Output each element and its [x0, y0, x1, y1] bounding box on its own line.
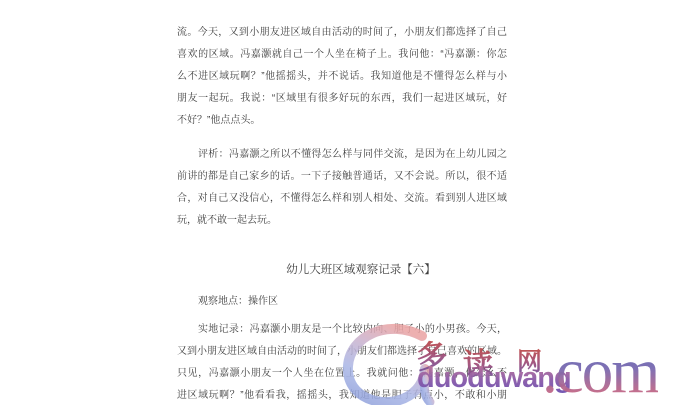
- text-line: 实地记录：冯嘉灏小朋友是一个比较内向、胆子小的小男孩。今天，: [177, 319, 507, 341]
- text-line: 么不进区域玩啊？”他摇摇头，并不说话。我知道他是不懂得怎么样与小: [177, 66, 507, 88]
- paragraph-comment: 评析：冯嘉灏之所以不懂得怎么样与同伴交流，是因为在上幼儿园之 前讲的都是自己家乡…: [177, 144, 507, 232]
- text-line: 合，对自己又没信心，不懂得怎么样和别人相处、交流。看到别人进区域: [177, 188, 507, 210]
- document-page: 流。今天，又到小朋友进区域自由活动的时间了，小朋友们都选择了自己 喜欢的区域。冯…: [0, 0, 676, 405]
- text-line: 喜欢的区域。冯嘉灏就自己一个人坐在椅子上。我问他：“冯嘉灏：你怎: [177, 44, 507, 66]
- text-line: 不好？”他点点头。: [177, 110, 507, 132]
- text-line: 玩，就不敢一起去玩。: [177, 210, 507, 232]
- paragraph-field-record: 实地记录：冯嘉灏小朋友是一个比较内向、胆子小的小男孩。今天， 又到小朋友进区域自…: [177, 319, 507, 405]
- document-text-layer: 流。今天，又到小朋友进区域自由活动的时间了，小朋友们都选择了自己 喜欢的区域。冯…: [0, 0, 676, 405]
- section-title: 幼儿大班区域观察记录【六】: [177, 259, 507, 281]
- text-line: 朋友一起玩。我说：“区域里有很多好玩的东西，我们一起进区域玩，好: [177, 88, 507, 110]
- text-line: 流。今天，又到小朋友进区域自由活动的时间了，小朋友们都选择了自己: [177, 22, 507, 44]
- text-line: 只见，冯嘉灏小朋友一个人坐在位置上。我就问他：“冯嘉灏，你怎么不: [177, 363, 507, 385]
- text-line: 又到小朋友进区域自由活动的时间了，小朋友们都选择了自己喜欢的区域。: [177, 341, 507, 363]
- paragraph-observation-continued: 流。今天，又到小朋友进区域自由活动的时间了，小朋友们都选择了自己 喜欢的区域。冯…: [177, 22, 507, 132]
- text-line: 前讲的都是自己家乡的话。一下子接触普通话，又不会说。所以，很不适: [177, 166, 507, 188]
- text-line: 进区域玩啊？”他看看我，摇摇头，我知道他是胆子有点小，不敢和小朋: [177, 385, 507, 405]
- observation-location: 观察地点：操作区: [177, 291, 507, 313]
- text-line: 评析：冯嘉灏之所以不懂得怎么样与同伴交流，是因为在上幼儿园之: [177, 144, 507, 166]
